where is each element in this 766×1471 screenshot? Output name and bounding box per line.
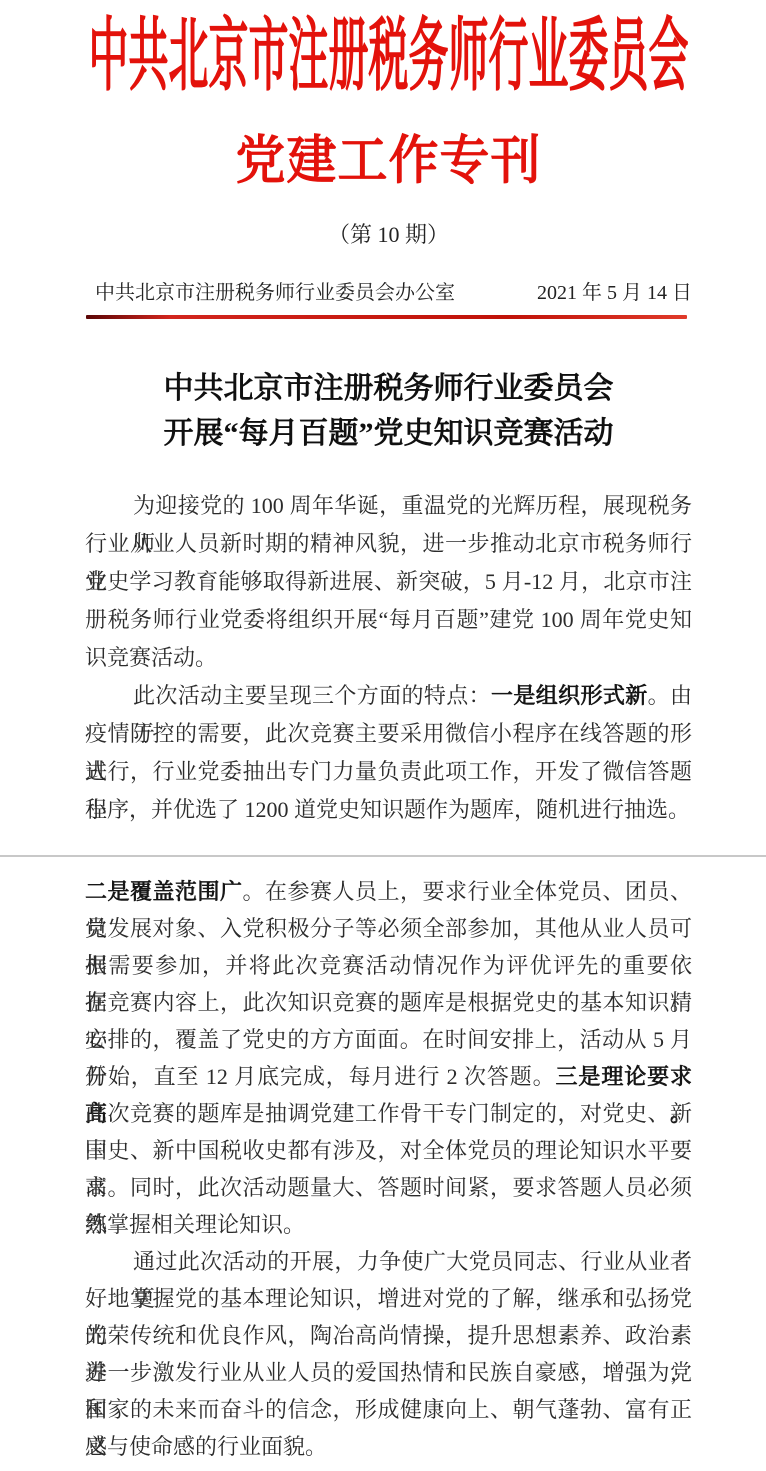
article-title-line-2: 开展“每月百题”党史知识竞赛活动 <box>85 411 692 456</box>
text-run: 练掌握相关理论知识。 <box>85 1212 305 1237</box>
body-text-line: 光荣传统和优良作风，陶冶高尚情操，提升思想素养、政治素养， <box>85 1317 692 1354</box>
issue-number: （第 10 期） <box>85 221 692 248</box>
body-text-line: 安排的，覆盖了党史的方方面面。在时间安排上，活动从 5 月份 <box>85 1021 692 1058</box>
body-text-line: 国史、新中国税收史都有涉及，对全体党员的理论知识水平要求 <box>85 1132 692 1169</box>
masthead-publication-text: 党建工作专刊 <box>236 132 542 190</box>
body-text-line: 通过此次活动的开展，力争使广大党员同志、行业从业者更 <box>85 1243 692 1280</box>
article-body-page-1: 为迎接党的 100 周年华诞，重温党的光辉历程，展现税务师行业从业人员新时期的精… <box>85 487 692 829</box>
body-text-line: 程序，并优选了 1200 道党史知识题作为题库，随机进行抽选。 <box>85 791 692 829</box>
article-title: 中共北京市注册税务师行业委员会 开展“每月百题”党史知识竞赛活动 <box>85 366 692 456</box>
body-text-line: 练掌握相关理论知识。 <box>85 1206 692 1243</box>
bold-text-run: 一是组织形式新 <box>491 683 648 708</box>
page-break-divider <box>0 855 766 857</box>
body-text-line: 员发展对象、入党积极分子等必须全部参加，其他从业人员可根 <box>85 910 692 947</box>
text-run: 开始，直至 12 月底完成，每月进行 2 次答题。 <box>85 1064 556 1089</box>
issue-date: 2021 年 5 月 14 日 <box>537 282 692 305</box>
text-run: 感与使命感的行业面貌。 <box>85 1434 327 1459</box>
bold-text-run: 二是覆盖范围广 <box>85 879 243 904</box>
body-text-line: 此次活动主要呈现三个方面的特点：一是组织形式新。由于 <box>85 677 692 715</box>
body-text-line: 行业从业人员新时期的精神风貌，进一步推动北京市税务师行业 <box>85 525 692 563</box>
masthead-org-title: 中共北京市注册税务师行业委员会 <box>85 17 692 101</box>
body-text-line: 据需要参加，并将此次竞赛活动情况作为评优评先的重要依据。 <box>85 947 692 984</box>
body-text-line: 感与使命感的行业面貌。 <box>85 1428 692 1465</box>
body-text-line: 党史学习教育能够取得新进展、新突破，5 月-12 月，北京市注 <box>85 563 692 601</box>
body-text-line: 为迎接党的 100 周年华诞，重温党的光辉历程，展现税务师 <box>85 487 692 525</box>
body-text-line: 国家的未来而奋斗的信念，形成健康向上、朝气蓬勃、富有正义 <box>85 1391 692 1428</box>
masthead-meta-row: 中共北京市注册税务师行业委员会办公室 2021 年 5 月 14 日 <box>85 282 692 305</box>
article-body-page-2: 二是覆盖范围广。在参赛人员上，要求行业全体党员、团员、党员发展对象、入党积极分子… <box>85 873 692 1465</box>
masthead-publication-title: 党建工作专刊 <box>85 132 692 187</box>
body-text-line: 好地掌握党的基本理论知识，增进对党的了解，继承和弘扬党的 <box>85 1280 692 1317</box>
masthead-org-title-text: 中共北京市注册税务师行业委员会 <box>89 17 689 97</box>
text-run: 册税务师行业党委将组织开展“每月百题”建党 100 周年党史知 <box>85 607 692 632</box>
text-run: 识竞赛活动。 <box>85 645 217 670</box>
body-text-line: 高。同时，此次活动题量大、答题时间紧，要求答题人员必须熟 <box>85 1169 692 1206</box>
document-page: 中共北京市注册税务师行业委员会 党建工作专刊 （第 10 期） 中共北京市注册税… <box>0 0 766 1471</box>
text-run: 此次活动主要呈现三个方面的特点： <box>133 683 491 708</box>
body-text-line: 进行，行业党委抽出专门力量负责此项工作，开发了微信答题小 <box>85 753 692 791</box>
text-run: 程序，并优选了 1200 道党史知识题作为题库，随机进行抽选。 <box>85 797 690 822</box>
body-text-line: 此次竞赛的题库是抽调党建工作骨干专门制定的，对党史、新中 <box>85 1095 692 1132</box>
text-run: 党史学习教育能够取得新进展、新突破，5 月-12 月，北京市注 <box>85 569 692 594</box>
issuing-office: 中共北京市注册税务师行业委员会办公室 <box>85 282 455 305</box>
body-text-line: 在竞赛内容上，此次知识竞赛的题库是根据党史的基本知识精心 <box>85 984 692 1021</box>
body-text-line: 疫情防控的需要，此次竞赛主要采用微信小程序在线答题的形式 <box>85 715 692 753</box>
body-text-line: 二是覆盖范围广。在参赛人员上，要求行业全体党员、团员、党 <box>85 873 692 910</box>
body-text-line: 开始，直至 12 月底完成，每月进行 2 次答题。三是理论要求高。 <box>85 1058 692 1095</box>
body-text-line: 进一步激发行业从业人员的爱国热情和民族自豪感，增强为党和 <box>85 1354 692 1391</box>
masthead-divider-rule <box>86 315 687 319</box>
body-text-line: 册税务师行业党委将组织开展“每月百题”建党 100 周年党史知 <box>85 601 692 639</box>
body-text-line: 识竞赛活动。 <box>85 639 692 677</box>
article-title-line-1: 中共北京市注册税务师行业委员会 <box>85 366 692 411</box>
